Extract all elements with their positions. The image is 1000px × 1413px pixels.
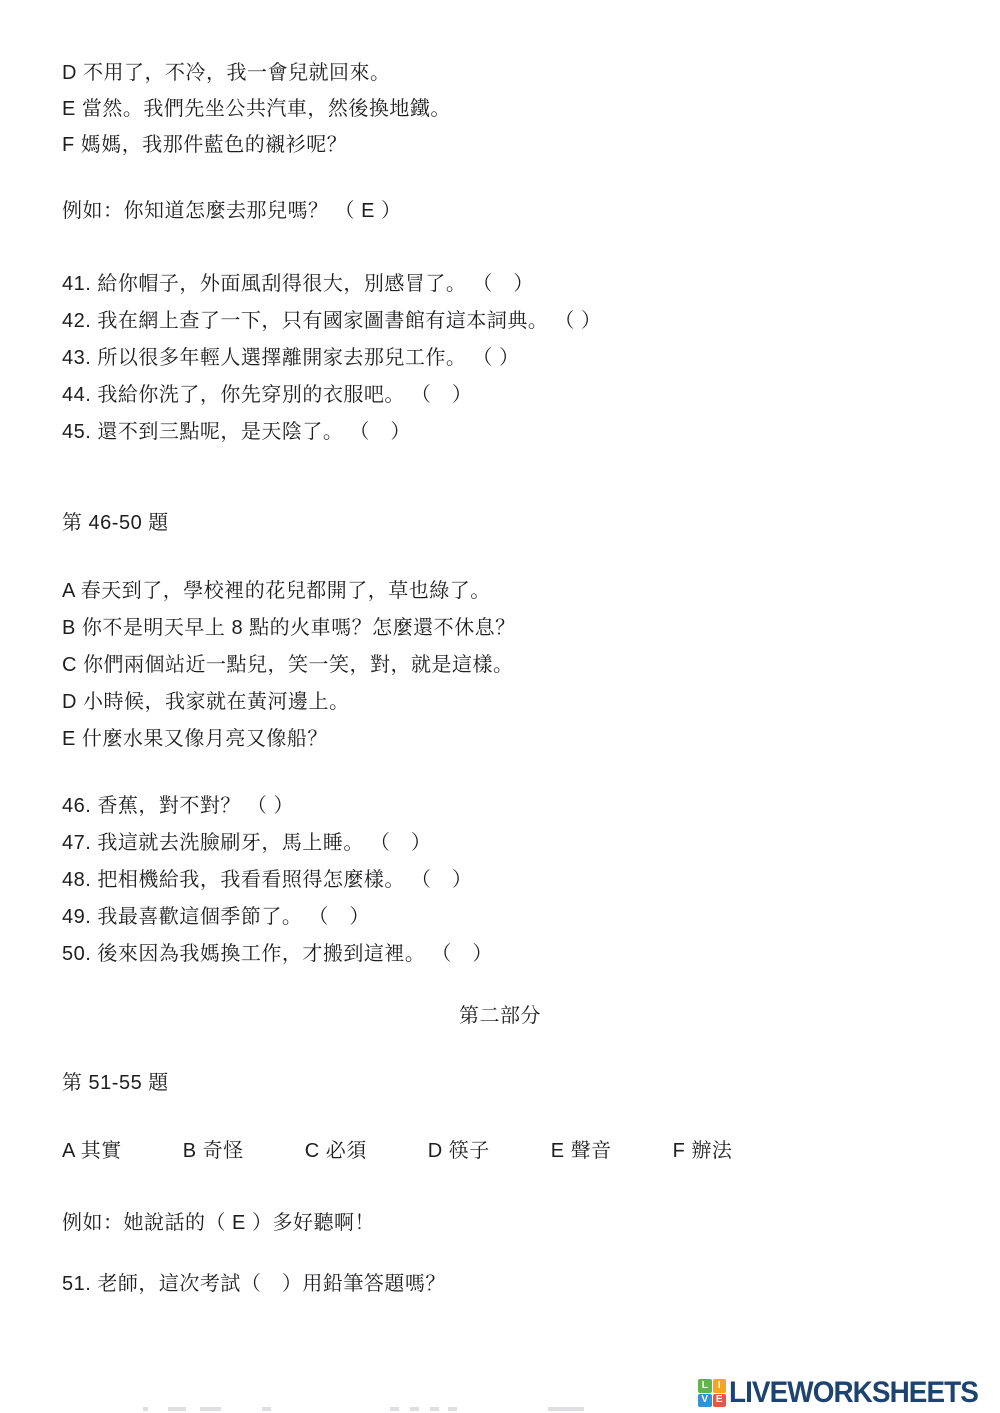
question-48: 48. 把相機給我，我看看照得怎麼樣。 （ ）: [62, 866, 472, 894]
question-49: 49. 我最喜歡這個季節了。 （ ）: [62, 903, 370, 931]
word-option-c: C 必須: [305, 1137, 367, 1165]
question-51: 51. 老師，這次考試（ ）用鉛筆答題嗎？: [62, 1270, 446, 1298]
question-42: 42. 我在網上查了一下，只有國家圖書館有這本詞典。 （ ）: [62, 307, 601, 335]
question-46: 46. 香蕉，對不對？ （ ）: [62, 792, 294, 820]
word-option-f: F 辦法: [673, 1137, 733, 1165]
next-line-cutoff-artifact: [448, 1407, 457, 1411]
next-line-cutoff-artifact: [548, 1407, 584, 1411]
next-line-cutoff-artifact: [410, 1407, 419, 1411]
logo-tile-v: V: [698, 1394, 712, 1408]
word-option-e: E 聲音: [551, 1137, 612, 1165]
question-47: 47. 我這就去洗臉刷牙，馬上睡。 （ ）: [62, 829, 431, 857]
word-option-d: D 筷子: [428, 1137, 490, 1165]
section-heading-51-55: 第 51-55 題: [62, 1069, 169, 1097]
question-50: 50. 後來因為我媽換工作，才搬到這裡。 （ ）: [62, 940, 493, 968]
liveworksheets-logo: L I V E LIVEWORKSHEETS: [698, 1379, 997, 1407]
next-line-cutoff-artifact: [390, 1407, 399, 1411]
matching-option-a2: A 春天到了，學校裡的花兒都開了，草也綠了。: [62, 577, 491, 605]
question-43: 43. 所以很多年輕人選擇離開家去那兒工作。 （ ）: [62, 344, 519, 372]
word-option-a: A 其實: [62, 1137, 122, 1165]
liveworksheets-wordmark: LIVEWORKSHEETS: [729, 1379, 978, 1407]
matching-option-e2: E 什麼水果又像月亮又像船？: [62, 725, 328, 753]
logo-tile-e: E: [713, 1394, 727, 1408]
matching-option-c2: C 你們兩個站近一點兒，笑一笑，對，就是這樣。: [62, 651, 514, 679]
example-sentence-41-45: 例如：你知道怎麼去那兒嗎？ （ E ）: [62, 197, 402, 225]
next-line-cutoff-artifact: [200, 1407, 221, 1411]
logo-tile-i: I: [713, 1379, 727, 1393]
matching-option-f: F 媽媽，我那件藍色的襯衫呢？: [62, 131, 347, 159]
matching-option-d: D 不用了，不冷，我一會兒就回來。: [62, 59, 391, 87]
section-heading-46-50: 第 46-50 題: [62, 509, 169, 537]
next-line-cutoff-artifact: [168, 1407, 186, 1411]
logo-tile-l: L: [698, 1379, 712, 1393]
next-line-cutoff-artifact: [430, 1407, 439, 1411]
question-44: 44. 我給你洗了，你先穿別的衣服吧。 （ ）: [62, 381, 472, 409]
next-line-cutoff-artifact: [262, 1407, 271, 1411]
matching-option-b2: B 你不是明天早上 8 點的火車嗎？怎麼還不休息？: [62, 614, 516, 642]
worksheet-page: D 不用了，不冷，我一會兒就回來。 E 當然。我們先坐公共汽車，然後換地鐵。 F…: [0, 0, 1000, 1413]
matching-option-d2: D 小時候，我家就在黃河邊上。: [62, 688, 350, 716]
part2-heading: 第二部分: [0, 1002, 1000, 1030]
word-options-row: A 其實 B 奇怪 C 必須 D 筷子 E 聲音 F 辦法: [62, 1137, 732, 1165]
matching-option-e: E 當然。我們先坐公共汽車，然後換地鐵。: [62, 95, 451, 123]
word-option-b: B 奇怪: [183, 1137, 244, 1165]
question-45: 45. 還不到三點呢，是天陰了。 （ ）: [62, 418, 411, 446]
liveworksheets-tiles-icon: L I V E: [698, 1379, 726, 1407]
next-line-cutoff-artifact: [143, 1407, 148, 1411]
example-sentence-51-55: 例如：她說話的（ E ）多好聽啊！: [62, 1209, 375, 1237]
question-41: 41. 給你帽子，外面風刮得很大，別感冒了。 （ ）: [62, 270, 534, 298]
